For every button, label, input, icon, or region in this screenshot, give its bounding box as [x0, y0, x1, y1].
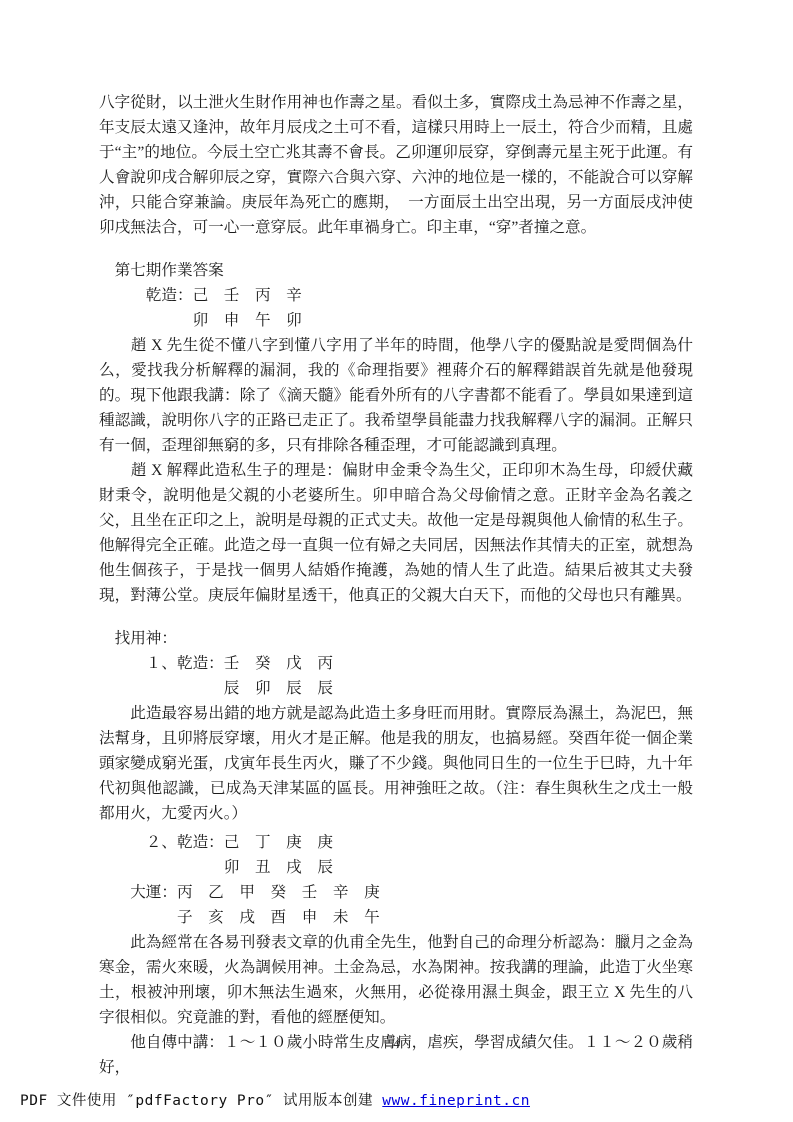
- document-page: 八字從財，以土泄火生財作用神也作壽之星。看似土多，實際戌土為忌神不作壽之星，年支…: [0, 0, 793, 1122]
- paragraph-case1-analysis: 此造最容易出錯的地方就是認為此造土多身旺而用財。實際辰為濕土，為泥巴，無法幫身，…: [99, 701, 693, 826]
- section-heading-find-yongshen: 找用神：: [99, 626, 693, 651]
- paragraph-zhao-explanation: 趙 X 解釋此造私生子的理是：偏財申金秉令為生父，正印卯木為生母，印綬伏藏財秉令…: [99, 458, 693, 608]
- paragraph-case2-analysis: 此為經常在各易刊發表文章的仇甫全先生，他對自己的命理分析認為：臘月之金為寒金，需…: [99, 930, 693, 1030]
- bazi-chart3-luck-stems: 大運：丙 乙 甲 癸 壬 辛 庚: [99, 880, 693, 905]
- bazi-chart3-branches: 卯 丑 戌 辰: [99, 855, 693, 880]
- bazi-chart-stems: 乾造：己 壬 丙 辛: [99, 283, 693, 308]
- paragraph-bazi-congcai: 八字從財，以土泄火生財作用神也作壽之星。看似土多，實際戌土為忌神不作壽之星，年支…: [99, 90, 693, 240]
- pdf-notice-text: PDF 文件使用 ″pdfFactory Pro″ 试用版本创建: [20, 1093, 382, 1109]
- bazi-chart3-stems: ２、乾造：己 丁 庚 庚: [99, 830, 693, 855]
- section-heading-homework7: 第七期作業答案: [99, 258, 693, 283]
- bazi-chart-branches: 卯 申 午 卯: [99, 308, 693, 333]
- text-block: 八字從財，以土泄火生財作用神也作壽之星。看似土多，實際戌土為忌神不作壽之星，年支…: [99, 90, 693, 1080]
- bazi-chart2-branches: 辰 卯 辰 辰: [99, 676, 693, 701]
- bazi-chart2-stems: １、乾造：壬 癸 戊 丙: [99, 651, 693, 676]
- fineprint-link[interactable]: www.fineprint.cn: [382, 1093, 530, 1109]
- paragraph-zhao-learning: 趙 X 先生從不懂八字到懂八字用了半年的時間，他學八字的優點說是愛問個為什么，愛…: [99, 333, 693, 458]
- bazi-chart3-luck-branches: 子 亥 戌 酉 申 未 午: [99, 905, 693, 930]
- page-number: 4: [0, 1036, 793, 1052]
- pdf-factory-notice: PDF 文件使用 ″pdfFactory Pro″ 试用版本创建 www.fin…: [20, 1091, 530, 1111]
